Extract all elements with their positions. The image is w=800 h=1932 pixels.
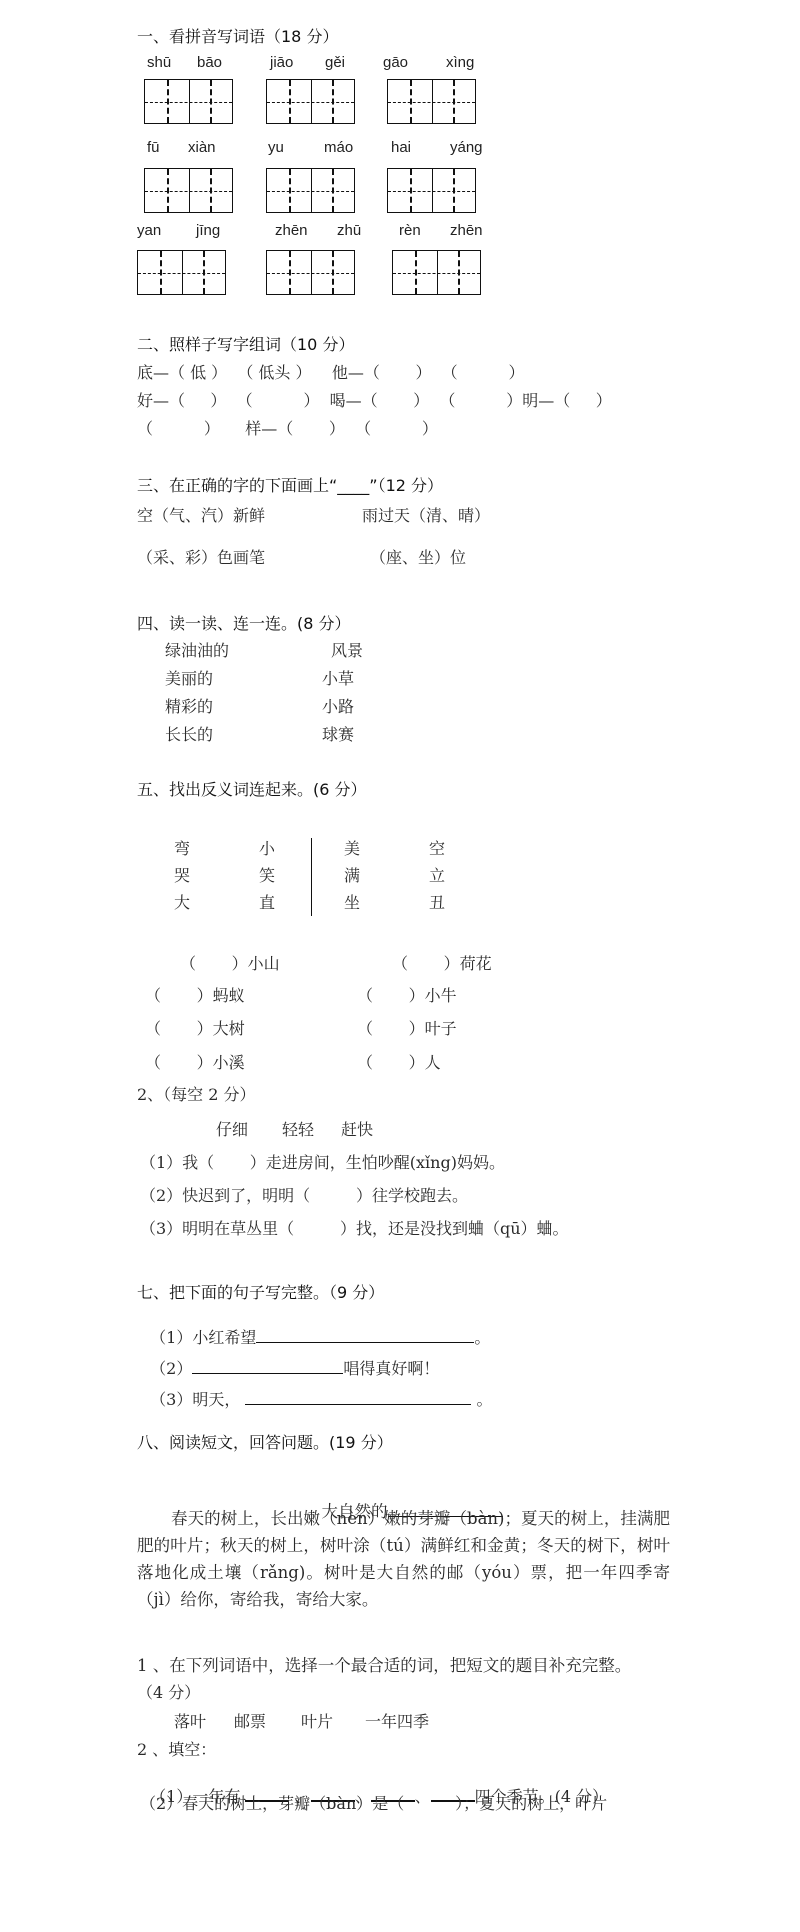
writing-box[interactable]: [266, 79, 355, 124]
writing-box[interactable]: [266, 168, 355, 213]
antonym-char[interactable]: 笑: [259, 863, 275, 886]
q1-option[interactable]: 一年四季: [365, 1709, 429, 1732]
sentence-suffix: 。: [474, 1328, 490, 1347]
match-right[interactable]: 球赛: [322, 722, 354, 745]
pinyin: xìng: [446, 54, 474, 71]
writing-box[interactable]: [387, 168, 476, 213]
match-right[interactable]: 风景: [331, 638, 363, 661]
match-left[interactable]: 绿油油的: [165, 638, 229, 661]
word-option: 仔细: [216, 1117, 248, 1140]
sentence-completion[interactable]: （3）明天， 。: [140, 1368, 493, 1410]
pinyin: jīng: [196, 222, 220, 239]
match-right[interactable]: 小路: [322, 694, 354, 717]
q1-option[interactable]: 落叶: [174, 1709, 206, 1732]
writing-box[interactable]: [137, 250, 226, 295]
writing-box[interactable]: [144, 168, 233, 213]
antonym-char[interactable]: 哭: [174, 863, 190, 886]
match-left[interactable]: 长长的: [165, 722, 213, 745]
answer-blank[interactable]: [245, 1390, 471, 1405]
pinyin: zhēn: [450, 222, 483, 239]
pinyin: gāo: [383, 54, 408, 71]
sentence[interactable]: （2）快迟到了，明明（ ）往学校跑去。: [140, 1183, 468, 1206]
pinyin: shū: [147, 54, 171, 71]
pinyin: yan: [137, 222, 161, 239]
section-2-title: 二、照样子写字组词（10 分）: [137, 332, 354, 355]
sentence-prefix: （3）明天，: [150, 1390, 240, 1409]
section-5-title: 五、找出反义词连起来。(6 分）: [137, 777, 367, 800]
choice-item[interactable]: 空（气、汽）新鲜: [137, 503, 265, 526]
sentence[interactable]: （1）我（ ）走进房间，生怕吵醒(xǐng)妈妈。: [140, 1150, 505, 1173]
column-divider: [311, 838, 312, 916]
choice-item[interactable]: （采、彩）色画笔: [137, 545, 265, 568]
fill-blank[interactable]: （ ）小山: [180, 951, 280, 974]
sentence-suffix: 。: [471, 1390, 492, 1409]
fill-blank[interactable]: （ ）小溪: [145, 1050, 245, 1073]
antonym-char[interactable]: 立: [429, 863, 445, 886]
antonym-char[interactable]: 大: [174, 890, 190, 913]
section-4-title: 四、读一读、连一连。(8 分）: [137, 611, 351, 634]
word-building-line[interactable]: （ ） 样—（ ） （ ）: [137, 416, 438, 439]
fill-blank[interactable]: （ ）小牛: [357, 983, 457, 1006]
word-building-line[interactable]: 底—（ 低 ） （ 低头 ） 他—（ ） （ ）: [137, 360, 525, 383]
fill-blank[interactable]: （ ）人: [357, 1050, 441, 1073]
writing-box[interactable]: [144, 79, 233, 124]
choice-item[interactable]: （座、坐）位: [370, 545, 466, 568]
match-left[interactable]: 精彩的: [165, 694, 213, 717]
pinyin: xiàn: [188, 139, 216, 156]
antonym-char[interactable]: 丑: [429, 890, 445, 913]
pinyin: zhū: [337, 222, 361, 239]
word-option: 轻轻: [282, 1117, 314, 1140]
question-1: 1 、在下列词语中，选择一个最合适的词，把短文的题目补充完整。: [137, 1652, 631, 1676]
choice-item[interactable]: 雨过天（清、晴）: [362, 503, 490, 526]
fill-description[interactable]: （2）春天的树上，芽瓣（bàn）是（ ）；夏天的树上，叶片: [140, 1791, 607, 1814]
pinyin: fū: [147, 139, 160, 156]
q1-option[interactable]: 叶片: [301, 1709, 333, 1732]
sentence[interactable]: （3）明明在草丛里（ ）找，还是没找到蛐（qū）蛐。: [140, 1216, 569, 1239]
fill-blank[interactable]: （ ）蚂蚁: [145, 983, 245, 1006]
match-left[interactable]: 美丽的: [165, 666, 213, 689]
writing-box[interactable]: [387, 79, 476, 124]
fill-blank[interactable]: （ ）叶子: [357, 1016, 457, 1039]
pinyin: bāo: [197, 54, 222, 71]
antonym-char[interactable]: 美: [344, 836, 360, 859]
match-right[interactable]: 小草: [322, 666, 354, 689]
antonym-char[interactable]: 坐: [344, 890, 360, 913]
pinyin: máo: [324, 139, 353, 156]
antonym-char[interactable]: 空: [429, 836, 445, 859]
pinyin: jiāo: [270, 54, 293, 71]
pinyin: gěi: [325, 54, 345, 71]
section-7-title: 七、把下面的句子写完整。（9 分）: [137, 1280, 384, 1303]
pinyin: yáng: [450, 139, 483, 156]
section-3-title: 三、在正确的字的下面画上“____”（12 分）: [137, 473, 443, 496]
antonym-char[interactable]: 满: [344, 863, 360, 886]
q1-option[interactable]: 邮票: [234, 1709, 266, 1732]
antonym-char[interactable]: 弯: [174, 836, 190, 859]
question-2: 2 、填空：: [137, 1737, 216, 1760]
subsection-title: 2、（每空 2 分）: [137, 1082, 256, 1105]
section-1-title: 一、看拼音写词语（18 分）: [137, 24, 338, 47]
writing-box[interactable]: [392, 250, 481, 295]
fill-blank[interactable]: （ ）荷花: [392, 951, 492, 974]
pinyin: rèn: [399, 222, 421, 239]
word-option: 赶快: [341, 1117, 373, 1140]
pinyin: yu: [268, 139, 284, 156]
question-1-score: （4 分）: [137, 1680, 200, 1703]
reading-passage: 春天的树上，长出嫩（nèn）嫩的芽瓣（bàn)；夏天的树上，挂满肥肥的叶片；秋天…: [137, 1505, 670, 1613]
fill-blank[interactable]: （ ）大树: [145, 1016, 245, 1039]
antonym-char[interactable]: 直: [259, 890, 275, 913]
pinyin: zhēn: [275, 222, 308, 239]
writing-box[interactable]: [266, 250, 355, 295]
antonym-char[interactable]: 小: [259, 836, 275, 859]
pinyin: hai: [391, 139, 411, 156]
section-8-title: 八、阅读短文，回答问题。(19 分）: [137, 1430, 393, 1453]
word-building-line[interactable]: 好—（ ） （ ） 喝—（ ） （ ）明—（ ）: [137, 388, 612, 411]
